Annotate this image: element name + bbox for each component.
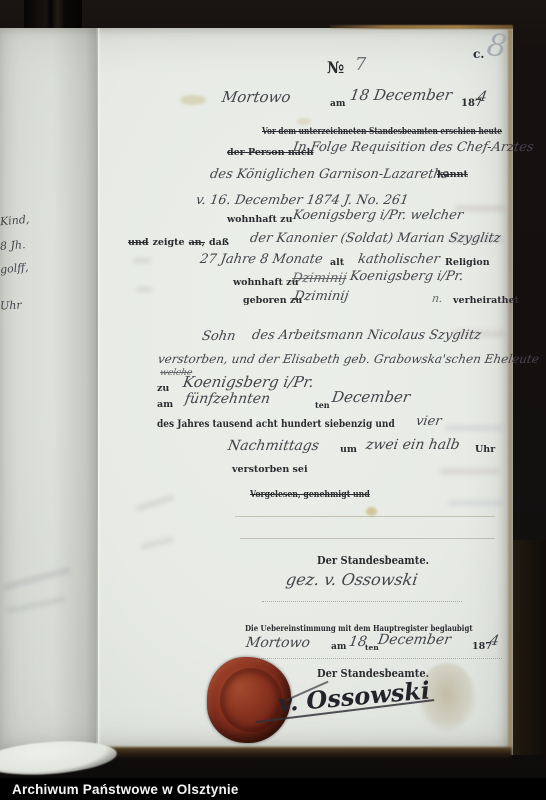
dateline-place: Mortowo xyxy=(222,90,291,105)
cert-month: December xyxy=(378,633,451,647)
residence-struck-text: Dziminij xyxy=(291,272,348,285)
zeigte-label: zeigte xyxy=(152,238,184,248)
ten-label: ten xyxy=(315,401,330,409)
blank-rule-line xyxy=(240,538,495,539)
wohnhaft-zu-label-2: wohnhaft zu xyxy=(233,278,298,288)
form-intro-text: Vor dem unterzeichneten Standesbeamten e… xyxy=(262,128,502,137)
book-clamp xyxy=(24,0,82,30)
death-place-text: Koenigsberg i/Pr. xyxy=(182,375,315,390)
residence-struck: Dziminij xyxy=(292,272,346,285)
standesbeamte-heading-1-text: Der Standesbeamte. xyxy=(317,555,429,566)
wax-seal-impression xyxy=(220,668,282,732)
cert-month-text: December xyxy=(377,633,452,647)
year-script: vier xyxy=(416,415,441,428)
time-prefix: Nachmittags xyxy=(228,439,319,453)
wohnhaft-zu-label-1: wohnhaft zu xyxy=(227,215,292,225)
time-prefix-text: Nachmittags xyxy=(227,439,320,453)
father-line: des Arbeitsmann Nicolaus Szyglitz xyxy=(252,329,481,342)
arbeitsmann-line: des Arbeitsmann Nicolaus Szyglitz xyxy=(251,329,482,342)
cert-year-script-text: 4 xyxy=(489,634,500,648)
form-intro-struck: Vor dem unterzeichneten Standesbeamten e… xyxy=(262,128,546,137)
death-day-text: fünfzehnten xyxy=(184,392,271,406)
archive-watermark-bar: Archiwum Państwowe w Olsztynie xyxy=(0,778,546,800)
cert-place: Mortowo xyxy=(246,636,310,650)
bleed-through xyxy=(445,425,503,431)
birthplace-text: Dziminij xyxy=(293,290,350,303)
dateline-am-label: am xyxy=(330,100,345,109)
birthplace-value: Dziminij xyxy=(294,290,348,303)
zeigte-an-dass-labels: und zeigte an, daß xyxy=(128,238,229,248)
deceased-name-line: der Kanonier (Soldat) Marian Szyglitz xyxy=(250,232,501,245)
time-value-text: zwei ein halb xyxy=(365,438,461,452)
left-page-fragment: Uhr xyxy=(0,299,22,311)
page-edge-top xyxy=(330,25,513,29)
dateline-day-month: 18 December xyxy=(350,88,452,103)
parents-line-text: verstorben, und der Elisabeth geb. Grabo… xyxy=(157,353,540,365)
record-number-value: 7 xyxy=(355,56,366,74)
archival-document-photo: c. 8 № 7 Mortowo am 18 December 187 4 Vo… xyxy=(0,0,546,800)
standesbeamte-heading-1: Der Standesbeamte. xyxy=(317,555,442,566)
an-struck: an, xyxy=(189,238,205,248)
deceased-name-text: der Kanonier (Soldat) Marian Szyglitz xyxy=(249,232,502,245)
verheirathet-label: verheirathet xyxy=(453,296,519,306)
page-edge-right xyxy=(508,30,512,748)
vorgelesen-text: Vorgelesen, genehmigt und xyxy=(250,490,370,500)
cert-am-label: am xyxy=(331,643,346,652)
bleed-through xyxy=(136,287,152,292)
archive-watermark-text: Archiwum Państwowe w Olsztynie xyxy=(0,782,239,797)
dateline-day-month-text: 18 December xyxy=(349,88,453,103)
zu-label: zu xyxy=(157,384,169,394)
signature-dotted-line xyxy=(262,601,462,602)
left-page-fragment: 8 Jh. xyxy=(0,239,26,252)
left-page-fragment: Kind, xyxy=(0,214,30,228)
dass-label: daß xyxy=(209,238,229,248)
paper-stain xyxy=(366,507,377,516)
death-month: December xyxy=(332,390,410,405)
und-struck: und xyxy=(128,238,148,248)
year-words-label: des Jahres tausend acht hundert siebenzi… xyxy=(157,420,421,430)
time-value: zwei ein halb xyxy=(366,438,460,452)
book-cover-edge xyxy=(513,540,546,755)
religion-value: katholischer xyxy=(358,253,440,266)
residence-1: Koenigsberg i/Pr. welcher xyxy=(293,209,463,222)
aktenzeichen-text: v. 16. December 1874 J. No. 261 xyxy=(195,194,409,207)
cert-place-text: Mortowo xyxy=(245,636,311,650)
dateline-year-script: 4 xyxy=(478,90,487,104)
verstorben-sei-label: verstorben sei xyxy=(232,465,308,475)
cert-year-script: 4 xyxy=(490,634,499,648)
left-page-fragment: golff, xyxy=(0,262,29,275)
page-letter-mark: c. xyxy=(473,48,484,60)
dateline-place-text: Mortowo xyxy=(221,90,292,105)
sohn-text: Sohn xyxy=(201,330,237,343)
dateline-year-script-text: 4 xyxy=(477,90,488,104)
paper-stain xyxy=(297,118,311,125)
death-day: fünfzehnten xyxy=(185,392,270,406)
um-label: um xyxy=(340,445,357,455)
marginal-note: n. xyxy=(432,293,443,304)
religion-value-text: katholischer xyxy=(357,253,441,266)
bleed-through xyxy=(440,468,500,475)
year-script-text: vier xyxy=(415,415,442,428)
uhr-label: Uhr xyxy=(475,445,495,455)
bleed-through xyxy=(448,500,503,506)
sohn-word: Sohn xyxy=(202,330,235,343)
lazareth-text: des Königlichen Garnison-Lazareths xyxy=(209,168,449,181)
gez-signature-text: gez. v. Ossowski xyxy=(285,572,419,588)
kannt-struck: kannt xyxy=(437,170,468,180)
death-place: Koenigsberg i/Pr. xyxy=(183,375,314,390)
paper-stain xyxy=(180,95,206,105)
blank-rule-line xyxy=(235,516,495,517)
date-dotted-line xyxy=(240,658,502,659)
death-month-text: December xyxy=(331,390,411,405)
left-page-shading xyxy=(0,28,97,755)
requisition-text: In Folge Requisition des Chef-Arztes xyxy=(292,141,535,154)
parents-line: verstorben, und der Elisabeth geb. Grabo… xyxy=(158,353,539,365)
aktenzeichen-line: v. 16. December 1874 J. No. 261 xyxy=(196,194,408,207)
age-text: 27 Jahre 8 Monate xyxy=(199,253,324,266)
requisition-line: In Folge Requisition des Chef-Arztes xyxy=(293,141,534,154)
gez-signature: gez. v. Ossowski xyxy=(286,572,418,588)
religion-label: Religion xyxy=(445,258,490,268)
residence-2: Koenigsberg i/Pr. xyxy=(350,270,463,283)
bleed-through xyxy=(133,258,151,263)
residence-2-text: Koenigsberg i/Pr. xyxy=(349,270,464,283)
marginal-note-text: n. xyxy=(431,293,443,304)
page-gutter-highlight xyxy=(98,28,101,755)
residence-1-text: Koenigsberg i/Pr. welcher xyxy=(292,209,464,222)
record-number-symbol: № xyxy=(327,60,344,76)
age-value: 27 Jahre 8 Monate xyxy=(200,253,323,266)
vorgelesen-struck: Vorgelesen, genehmigt und xyxy=(250,490,396,500)
am-label: am xyxy=(157,400,173,410)
year-words-text: des Jahres tausend acht hundert siebenzi… xyxy=(157,420,395,430)
lazareth-line: des Königlichen Garnison-Lazareths xyxy=(210,168,448,181)
page-edge-bottom xyxy=(88,747,512,758)
alt-label: alt xyxy=(330,258,344,268)
